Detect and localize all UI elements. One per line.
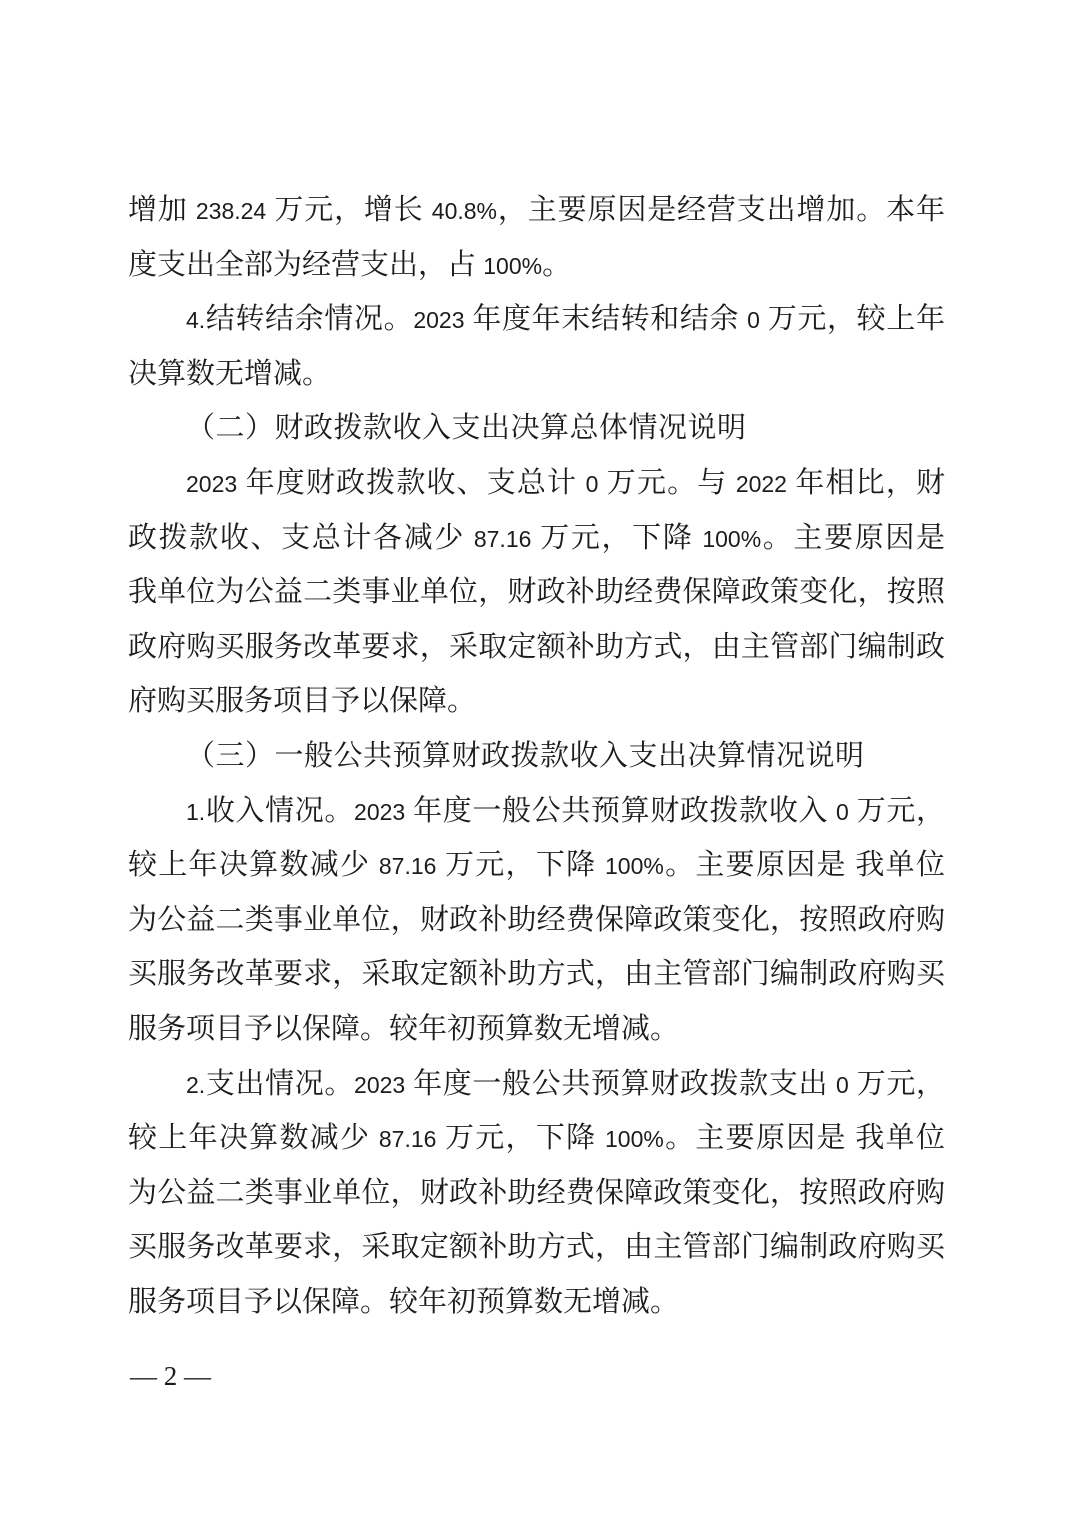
paragraph-general-budget-income: 1.收入情况。2023 年度一般公共预算财政拨款收入 0 万元， 较上年决算数减… <box>128 784 945 1057</box>
text-line: 买服务改革要求，采取定额补助方式，由主管部门编制政府购买 <box>128 1220 945 1275</box>
text-line: 为公益二类事业单位，财政补助经费保障政策变化，按照政府购 <box>128 893 945 948</box>
heading-section-3: （三）一般公共预算财政拨款收入支出决算情况说明 <box>128 729 945 784</box>
paragraph-expense-growth: 增加 238.24 万元，增长 40.8%，主要原因是经营支出增加。本年 度支出… <box>128 183 945 292</box>
text-line: 决算数无增减。 <box>128 347 945 402</box>
text-line: 政拨款收、支总计各减少 87.16 万元，下降 100%。主要原因是 <box>128 511 945 566</box>
text-line: 2.支出情况。2023 年度一般公共预算财政拨款支出 0 万元， <box>128 1057 945 1112</box>
page-number: — 2 — <box>130 1360 211 1392</box>
heading-section-2: （二）财政拨款收入支出决算总体情况说明 <box>128 401 945 456</box>
text-line: 政府购买服务改革要求，采取定额补助方式，由主管部门编制政 <box>128 620 945 675</box>
document-page: 增加 238.24 万元，增长 40.8%，主要原因是经营支出增加。本年 度支出… <box>0 0 1076 1519</box>
paragraph-general-budget-expenditure: 2.支出情况。2023 年度一般公共预算财政拨款支出 0 万元， 较上年决算数减… <box>128 1057 945 1330</box>
text-line: 2023 年度财政拨款收、支总计 0 万元。与 2022 年相比，财 <box>128 456 945 511</box>
text-line: 度支出全部为经营支出，占 100%。 <box>128 238 945 293</box>
text-line: 1.收入情况。2023 年度一般公共预算财政拨款收入 0 万元， <box>128 784 945 839</box>
paragraph-carryover-balance: 4.结转结余情况。2023 年度年末结转和结余 0 万元，较上年 决算数无增减。 <box>128 292 945 401</box>
text-line: 服务项目予以保障。较年初预算数无增减。 <box>128 1002 945 1057</box>
paragraph-fiscal-appropriation-total: 2023 年度财政拨款收、支总计 0 万元。与 2022 年相比，财 政拨款收、… <box>128 456 945 729</box>
heading-line: （三）一般公共预算财政拨款收入支出决算情况说明 <box>128 729 945 784</box>
text-line: 为公益二类事业单位，财政补助经费保障政策变化，按照政府购 <box>128 1166 945 1221</box>
text-line: 府购买服务项目予以保障。 <box>128 674 945 729</box>
text-line: 4.结转结余情况。2023 年度年末结转和结余 0 万元，较上年 <box>128 292 945 347</box>
document-body: 增加 238.24 万元，增长 40.8%，主要原因是经营支出增加。本年 度支出… <box>128 183 945 1329</box>
text-line: 较上年决算数减少 87.16 万元，下降 100%。主要原因是 我单位 <box>128 838 945 893</box>
text-line: 较上年决算数减少 87.16 万元，下降 100%。主要原因是 我单位 <box>128 1111 945 1166</box>
text-line: 增加 238.24 万元，增长 40.8%，主要原因是经营支出增加。本年 <box>128 183 945 238</box>
text-line: 服务项目予以保障。较年初预算数无增减。 <box>128 1275 945 1330</box>
text-line: 我单位为公益二类事业单位，财政补助经费保障政策变化，按照 <box>128 565 945 620</box>
heading-line: （二）财政拨款收入支出决算总体情况说明 <box>128 401 945 456</box>
text-line: 买服务改革要求，采取定额补助方式，由主管部门编制政府购买 <box>128 947 945 1002</box>
